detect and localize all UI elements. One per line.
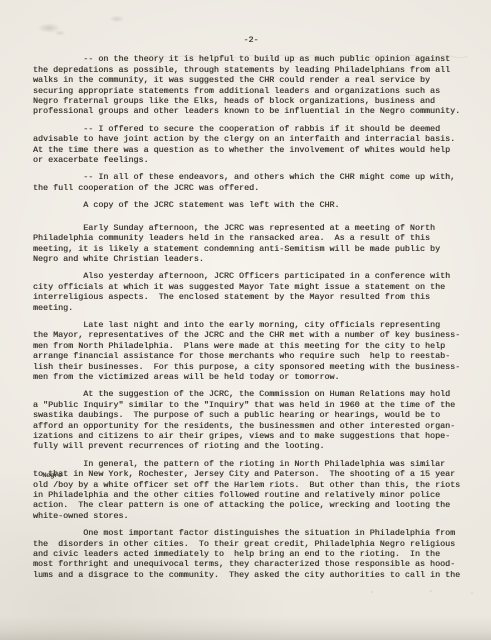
text-line: the depredations as possible, through st…	[33, 65, 469, 75]
text-line: to that in New York, Rochester, Jersey C…	[33, 469, 469, 479]
text-line: white-owned stores.	[33, 511, 469, 521]
paragraph: A copy of the JCRC statement was left wi…	[33, 200, 469, 210]
paragraph: Also yesterday afternoon, JCRC Officers …	[33, 271, 469, 313]
paragraph: Late last night and into the early morni…	[33, 320, 469, 382]
text-line: or exacerbate feelings.	[33, 155, 469, 165]
text-line: most forthright and unequivocal terms, t…	[33, 559, 469, 569]
text-line: men from the victimized areas will be he…	[33, 372, 469, 382]
text-line: meeting, it is likely a statement condem…	[33, 244, 469, 254]
text-line: interreligious aspects. The enclosed sta…	[33, 292, 469, 302]
text-line: -- In all of these endeavors, and others…	[33, 172, 469, 182]
text-line: meeting.	[33, 303, 469, 313]
paragraph: Early Sunday afternoon, the JCRC was rep…	[33, 223, 469, 265]
paragraph: -- In all of these endeavors, and others…	[33, 172, 469, 193]
text-line: professional groups and other leaders kn…	[33, 106, 469, 116]
text-line: old /boy by a white officer set off the …	[33, 480, 469, 490]
text-line: in Philadelphia and the other cities fol…	[33, 490, 469, 500]
text-line: lums and a disgrace to the community. Th…	[33, 570, 469, 580]
text-line: Also yesterday afternoon, JCRC Officers …	[33, 271, 469, 281]
text-line: walks in the community, it was suggested…	[33, 75, 469, 85]
text-line: A copy of the JCRC statement was left wi…	[33, 200, 469, 210]
text-line: One most important factor distinguishes …	[33, 528, 469, 538]
paragraph: -- on the theory it is helpful to build …	[33, 54, 469, 116]
text-line: Negro and white Christian leaders.	[33, 254, 469, 264]
paragraph: At the suggestion of the JCRC, the Commi…	[33, 389, 469, 451]
text-line: -- on the theory it is helpful to build …	[33, 54, 469, 64]
page-content: -2- -- on the theory it is helpful to bu…	[33, 35, 469, 587]
text-line: izations and citizens to air their gripe…	[33, 431, 469, 441]
paragraph: -- I offered to secure the cooperation o…	[33, 124, 469, 166]
text-line: and civic leaders acted immediately to h…	[33, 549, 469, 559]
text-line: At the suggestion of the JCRC, the Commi…	[33, 389, 469, 399]
text-line: -- I offered to secure the cooperation o…	[33, 124, 469, 134]
text-line: the full cooperation of the JCRC was off…	[33, 183, 469, 193]
document-body: -- on the theory it is helpful to build …	[33, 54, 469, 580]
text-line: Early Sunday afternoon, the JCRC was rep…	[33, 223, 469, 233]
text-line: Philadelphia community leaders held in t…	[33, 233, 469, 243]
scanned-page: -2- -- on the theory it is helpful to bu…	[0, 0, 491, 640]
text-line: securing appropriate statements from add…	[33, 86, 469, 96]
paragraph: One most important factor distinguishes …	[33, 528, 469, 580]
text-line: At the time there was a question as to w…	[33, 145, 469, 155]
page-number: -2-	[33, 35, 469, 45]
text-line: action. The clear pattern is one of atta…	[33, 500, 469, 510]
paragraph: In general, the pattern of the rioting i…	[33, 459, 469, 521]
text-line: arrange financial assistance for those m…	[33, 351, 469, 361]
text-line: men from North Philadelphia. Plans were …	[33, 341, 469, 351]
text-line: swastika daubings. The purpose of such a…	[33, 410, 469, 420]
text-line: the Mayor, representatives of the JCRC a…	[33, 330, 469, 340]
text-line: In general, the pattern of the rioting i…	[33, 459, 469, 469]
text-line: fully will prevent recurrences of riotin…	[33, 441, 469, 451]
text-line: Negro fraternal groups like the Elks, he…	[33, 96, 469, 106]
text-line: advisable to have joint action by the cl…	[33, 134, 469, 144]
text-line: the disorders in other cities. To their …	[33, 539, 469, 549]
text-line: city officials at which it was suggested…	[33, 282, 469, 292]
text-line: lish their businesses. For this purpose,…	[33, 362, 469, 372]
text-line: Late last night and into the early morni…	[33, 320, 469, 330]
typed-insertion: Negro	[42, 473, 61, 480]
text-line: a "Public Inquiry" similar to the "Inqui…	[33, 400, 469, 410]
text-line: afford an opportunity for the residents,…	[33, 421, 469, 431]
